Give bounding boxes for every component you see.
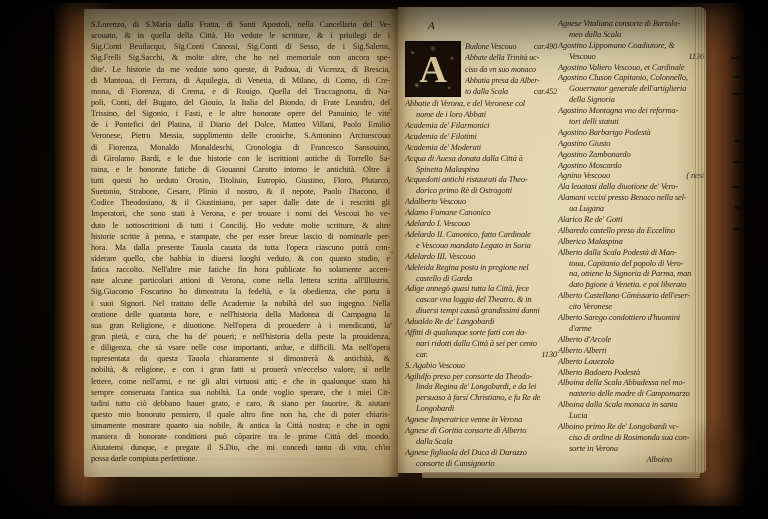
text-line: Academia de' Moderati	[405, 142, 557, 153]
text-line: Longobardi	[405, 403, 557, 414]
left-page: S.Lorenzo, di S.Maria dalla Fratta, di S…	[84, 9, 398, 477]
text-line: Adualdo Re de' Langobardi	[405, 316, 557, 327]
text-line: dorico primo Rè di Ostrogotti	[405, 185, 557, 196]
ink-mark	[734, 140, 742, 142]
text-line: Acqua di Auesa donata dalla Città à	[405, 153, 557, 164]
text-line: Sig.Frelli Sig.Sacchi, & molte altre, ch…	[91, 52, 390, 63]
text-line: tadini tutto ciò debbano hauer grato, e …	[91, 398, 390, 409]
text-line: lettere, come nell'armi, e ne gli altri …	[91, 376, 390, 387]
text-line: di Mantoua, di Ferrara, di Aquilegia, di…	[91, 75, 390, 86]
page-edge-stack	[422, 472, 700, 478]
line-page-reference: 1130	[541, 349, 557, 360]
text-line: Adeleida Regina posta in pregione nel	[405, 262, 557, 273]
drop-cap-letter: A	[406, 46, 460, 94]
text-line: Agostino Cluson Capitanio, Colonnello,	[558, 72, 704, 83]
text-line: Alboina della Scala Abbadessa nel mo-	[558, 377, 704, 388]
text-line: Academia de' Filarmonici	[405, 120, 557, 131]
catchword-line: Alboino	[558, 454, 704, 465]
text-line: i suoi Signori. Nel trattato delle Acade…	[91, 298, 390, 309]
text-line: linda Regina de' Longobardi, e da lei	[405, 381, 557, 392]
text-line: d'arme	[558, 323, 704, 334]
text-line: dato p̄gione à Venetia. e poi liberato	[558, 279, 704, 290]
text-line: to dalla Scalacar.452	[465, 86, 557, 97]
book-scan: S.Lorenzo, di S.Maria dalla Fratta, di S…	[0, 0, 768, 519]
margin-cross-mark: +	[389, 321, 393, 327]
text-line: Academia de' Filotimi	[405, 131, 557, 142]
text-line: Trissino, del Sigonio, i Fasti, e le alt…	[91, 108, 390, 119]
text-line: ua Lugana	[558, 203, 704, 214]
text-line: raina, e le honorate fatiche di Giouanni…	[91, 164, 390, 175]
text-line: Adelardo III. Vescouo	[405, 251, 557, 262]
text-line: Ala leuatasi dalla diuotione de' Vero-	[558, 181, 704, 192]
text-line: Vescouo1136	[558, 51, 704, 62]
text-line: Alboina dalla Scala monaca in santa	[558, 399, 704, 410]
text-line: Alberto dalla Scala Podestà di Man-	[558, 247, 704, 258]
text-line: de i Pontefici del Platina, il Diario de…	[91, 119, 390, 130]
text-line: nari ridotti dalla Città à sei per cento	[405, 338, 557, 349]
margin-cross-mark: +	[389, 107, 393, 113]
text-line: tori delli statuti	[558, 116, 704, 127]
bottom-stain	[250, 486, 370, 512]
text-line: Suetonio, Strabone, Cesare, Plinio il no…	[91, 186, 390, 197]
text-line: Alboino primo Re de' Longobardi vc-	[558, 421, 704, 432]
text-line: siderare quello, che habbia in diuersi l…	[91, 253, 390, 264]
text-line: Agnese figliuola del Duca di Durazzo	[405, 447, 557, 458]
text-line: Affitti di qualunque sorte fatti con da-	[405, 327, 557, 338]
ink-mark	[733, 228, 742, 230]
text-line: Adelardo II. Canonico, fatto Cardinale	[405, 229, 557, 240]
index-entries: Abbatie di Verona, e del Veronese colnom…	[405, 98, 557, 468]
text-line: Adalberto Vescouo	[405, 196, 557, 207]
text-line: e diligenza, che sà vsare nelle cose imp…	[91, 342, 390, 353]
text-line: Agostino Valiero Vescouo, et Cardinale	[558, 62, 704, 73]
text-line: nasterio delle madre di Campomarzo	[558, 388, 704, 399]
text-line: Alamani vccisi presso Benaco nella sel-	[558, 192, 704, 203]
text-line: gran pietà, e cura, che ha de' poueri; e…	[91, 331, 390, 342]
text-line: Imperatori, che sono stati à Verona, e p…	[91, 208, 390, 219]
text-line: Agostino Montagna vno dei reforma-	[558, 105, 704, 116]
text-line: scouato, & in quella della Città. Ho ved…	[91, 30, 390, 41]
text-line: dalla Scala	[405, 436, 557, 447]
text-line: duto le sottoscrittioni di tutti i Conci…	[91, 220, 390, 231]
text-line: S. Agabio Vescouo	[405, 360, 557, 371]
text-line: nate alcune particolari attioni di Veron…	[91, 275, 390, 286]
text-line: S.Lorenzo, di S.Maria dalla Fratta, di S…	[91, 19, 390, 30]
text-line: Agostino Giusto	[558, 138, 704, 149]
text-line: oratione delle quaranta hore, e nell'his…	[91, 309, 390, 320]
text-line: Alberto Badoero Podestà	[558, 367, 704, 378]
margin-cross-mark: +	[390, 250, 394, 256]
text-line: ciso da vn suo monaco	[465, 64, 557, 75]
show-through-text	[100, 425, 362, 471]
drop-cap-entries: Budone Vescouocar.490Abbate della Trinit…	[465, 41, 557, 97]
bottom-stain	[545, 482, 695, 512]
text-line: Agnese Vitaliana consorte di Bartolo-	[558, 18, 704, 29]
line-page-reference: car.490	[534, 41, 557, 52]
index-left-column: A Budone Vescouocar.490Abbate della Trin…	[405, 41, 557, 469]
text-line: ciso di ordine di Rosimonda sua con-	[558, 432, 704, 443]
text-line: Agostino Moscardo	[558, 160, 704, 171]
text-line: di Girolamo Bardi, e le due historie con…	[91, 153, 390, 164]
text-line: Alarico Re de' Gotti	[558, 214, 704, 225]
left-page-text: S.Lorenzo, di S.Maria dalla Fratta, di S…	[91, 19, 390, 465]
text-line: poli, Conti, del Bugato, del Giouio, la …	[91, 97, 390, 108]
index-right-column: Agnese Vitaliana consorte di Bartolo-meo…	[558, 18, 704, 465]
text-line: Alberto d'Arcole	[558, 334, 704, 345]
text-line: Sig.Conti Beuilacqui, Sig.Conti Canossi,…	[91, 41, 390, 52]
line-page-reference: Alboino	[646, 454, 672, 465]
text-line: nome de i loro Abbati	[405, 109, 557, 120]
line-page-reference: car.452	[534, 86, 557, 97]
text-line: Agostino Lippomano Coadiutore, &	[558, 40, 704, 51]
text-line: Gouernator generale dell'artiglieria	[558, 83, 704, 94]
text-line: Agnino Vescouo( nesi	[558, 170, 704, 181]
text-line: Alberto Alberti	[558, 345, 704, 356]
text-line: cito Veronese	[558, 301, 704, 312]
text-line: e Vescouo mandato Legato in Soria	[405, 240, 557, 251]
text-line: na, ottiene la Signoria di Parma, man	[558, 268, 704, 279]
text-line: fatica raccolto. Nell'altre mie fatiche …	[91, 264, 390, 275]
text-line: Alberico Malaspina	[558, 236, 704, 247]
fore-edge	[695, 7, 706, 473]
text-line: Budone Vescouocar.490	[465, 41, 557, 52]
text-line: Agnese di Goritia consorte di Alberto	[405, 425, 557, 436]
text-line: Albaredo castello preso da Eccelino	[558, 225, 704, 236]
text-line: di Fiorenza, Monaldo Monaldeschi, Cronol…	[91, 142, 390, 153]
text-line: cascar vna loggia del Theatro, & in	[405, 294, 557, 305]
text-line: questo mio honorato pensiero, il quale a…	[91, 409, 390, 420]
text-line: persuaso à farsi Christiano, e fu Re de	[405, 392, 557, 403]
text-line: consorte di Cansignorio	[405, 458, 557, 469]
text-line: tutti questi ho ueduto Orosio, Titoliuio…	[91, 175, 390, 186]
text-line: Acquedotti antichi ristaurati da Theo-	[405, 174, 557, 185]
text-line: Abbatia presa da Alber-	[465, 75, 557, 86]
text-line: Abbatie di Verona, e del Veronese col	[405, 98, 557, 109]
text-line: Codice Theodosiano, & il Giustiniano, pe…	[91, 197, 390, 208]
text-line: Alberto Lauezola	[558, 356, 704, 367]
text-line: rapresentata da questa Tauola chiarament…	[91, 353, 390, 364]
text-line: Veronese, Pietro Messia, supplimento del…	[91, 130, 390, 141]
text-line: sempre conseruata l'antica sua nobiltà. …	[91, 387, 390, 398]
text-line: della Signoria	[558, 94, 704, 105]
text-line: diuersi tempi causò grandissimi danni	[405, 305, 557, 316]
ink-mark	[732, 93, 741, 95]
index-entries: Agnese Vitaliana consorte di Bartolo-meo…	[558, 18, 704, 465]
text-line: sua gran Religione, e diuotione. Nell'op…	[91, 320, 390, 331]
text-line: Alberto Sarego condottiero d'huomini	[558, 312, 704, 323]
text-line: Sig.Giacomo Foscarino ho dimostrata la f…	[91, 286, 390, 297]
decorated-initial-woodcut: A	[405, 41, 461, 97]
text-line: dite'. Le historie da me vedute sono que…	[91, 64, 390, 75]
text-line: Agilulfo preso per consorte da Theodo-	[405, 371, 557, 382]
text-line: car.1130	[405, 349, 557, 360]
ink-mark	[733, 76, 741, 78]
text-line: Alberto Castellano Cōmissario dell'eser-	[558, 290, 704, 301]
text-line: mona, di Fiorenza, di Crema, e di Rouigo…	[91, 86, 390, 97]
text-line: Lucia	[558, 410, 704, 421]
text-line: toua, Capitanio del popolo di Vero-	[558, 258, 704, 269]
text-line: Adamo Fumane Canonico	[405, 207, 557, 218]
ink-mark	[732, 186, 740, 188]
text-line: Adelardo I. Vescouo	[405, 218, 557, 229]
text-line: Abbate della Trinità uc-	[465, 52, 557, 63]
text-line: Spinetta Malaspina	[405, 164, 557, 175]
text-line: meo dalla Scala	[558, 29, 704, 40]
drop-cap-row: A Budone Vescouocar.490Abbate della Trin…	[405, 41, 557, 97]
corner-stain	[684, 414, 762, 482]
text-line: sorte in Verona	[558, 443, 704, 454]
text-line: Agostino Barbarigo Podestà	[558, 127, 704, 138]
index-section-letter: A	[428, 20, 435, 32]
text-line: Agnese Imperatrice venne in Verona	[405, 414, 557, 425]
text-line: Agostino Zambonardo	[558, 149, 704, 160]
text-line: castello di Garda	[405, 273, 557, 284]
text-line: historie scritte à penna, e stampate, ch…	[91, 231, 390, 242]
text-line: Adige annegò quasi tutta la Città, fece	[405, 283, 557, 294]
text-line: nobiltà, & religione, e con i gran fatti…	[91, 364, 390, 375]
text-line: hora. Ma dalla presente Tauola cauata da…	[91, 242, 390, 253]
right-page: A A Budone Vescouocar.490Abbate della Tr…	[398, 7, 706, 473]
